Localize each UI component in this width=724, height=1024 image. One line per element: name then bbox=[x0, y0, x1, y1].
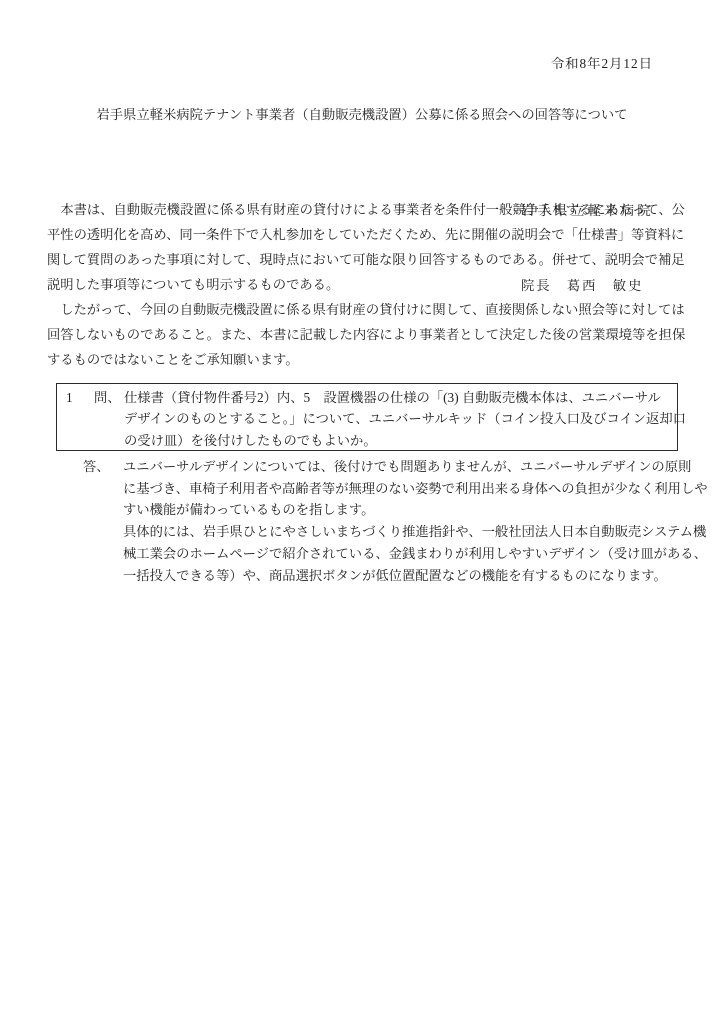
answer-line: 一括投入できる等）や、商品選択ボタンが低位置配置などの機能を有するものになります… bbox=[123, 565, 708, 587]
answer-line: に基づき、車椅子利用者や高齢者等が無理のない姿勢で利用出来る身体への負担が少なく… bbox=[123, 478, 708, 500]
document-date: 令和8年2月12日 bbox=[0, 53, 653, 72]
question-text: 仕様書（貸付物件番号2）内、5 設置機器の仕様の「(3) 自動販売機本体は、ユニ… bbox=[124, 387, 686, 451]
answer-line: 具体的には、岩手県ひとにやさしいまちづくり推進指針や、一般社団法人日本自動販売シ… bbox=[123, 521, 708, 543]
answer-block: 答、 ユニバーサルデザインについては、後付けでも問題ありませんが、ユニバーサルデ… bbox=[83, 456, 708, 586]
document-title: 岩手県立軽米病院テナント事業者（自動販売機設置）公募に係る照会への回答等について bbox=[0, 104, 724, 123]
question-label: 問、 bbox=[94, 387, 124, 408]
intro-line: 回答しないものであること。また、本書に記載した内容により事業者として決定した後の… bbox=[47, 322, 687, 347]
question-line: 仕様書（貸付物件番号2）内、5 設置機器の仕様の「(3) 自動販売機本体は、ユニ… bbox=[124, 387, 686, 408]
intro-line: 関して質問のあった事項に対して、現時点において可能な限り回答するものである。併せ… bbox=[47, 247, 687, 272]
intro-line: 平性の透明化を高め、同一条件下で入札参加をしていただくため、先に開催の説明会で「… bbox=[47, 222, 687, 247]
answer-label: 答、 bbox=[83, 456, 123, 478]
intro-line: 説明した事項等についても明示するものである。 bbox=[47, 272, 687, 297]
intro-line: したがって、今回の自動販売機設置に係る県有財産の貸付けに関して、直接関係しない照… bbox=[47, 297, 687, 322]
answer-line: ユニバーサルデザインについては、後付けでも問題ありませんが、ユニバーサルデザイン… bbox=[123, 456, 708, 478]
intro-paragraphs: 本書は、自動販売機設置に係る県有財産の貸付けによる事業者を条件付一般競争入札する… bbox=[47, 197, 687, 372]
document-page: 令和8年2月12日 岩手県立軽米病院テナント事業者（自動販売機設置）公募に係る照… bbox=[0, 0, 724, 1024]
answer-text: ユニバーサルデザインについては、後付けでも問題ありませんが、ユニバーサルデザイン… bbox=[123, 456, 708, 586]
question-number: 1 bbox=[57, 387, 94, 408]
question-line: デザインのものとすること。」について、ユニバーサルキッド（コイン投入口及びコイン… bbox=[124, 408, 686, 429]
answer-line: 械工業会のホームページで紹介されている、金銭まわりが利用しやすいデザイン（受け皿… bbox=[123, 543, 708, 565]
question-box: 1 問、 仕様書（貸付物件番号2）内、5 設置機器の仕様の「(3) 自動販売機本… bbox=[56, 383, 678, 451]
intro-line: するものではないことをご承知願います。 bbox=[47, 347, 687, 372]
answer-line: すい機能が備わっているものを指します。 bbox=[123, 499, 708, 521]
intro-line: 本書は、自動販売機設置に係る県有財産の貸付けによる事業者を条件付一般競争入札する… bbox=[47, 197, 687, 222]
question-line: の受け皿）を後付けしたものでもよいか。 bbox=[124, 430, 686, 451]
